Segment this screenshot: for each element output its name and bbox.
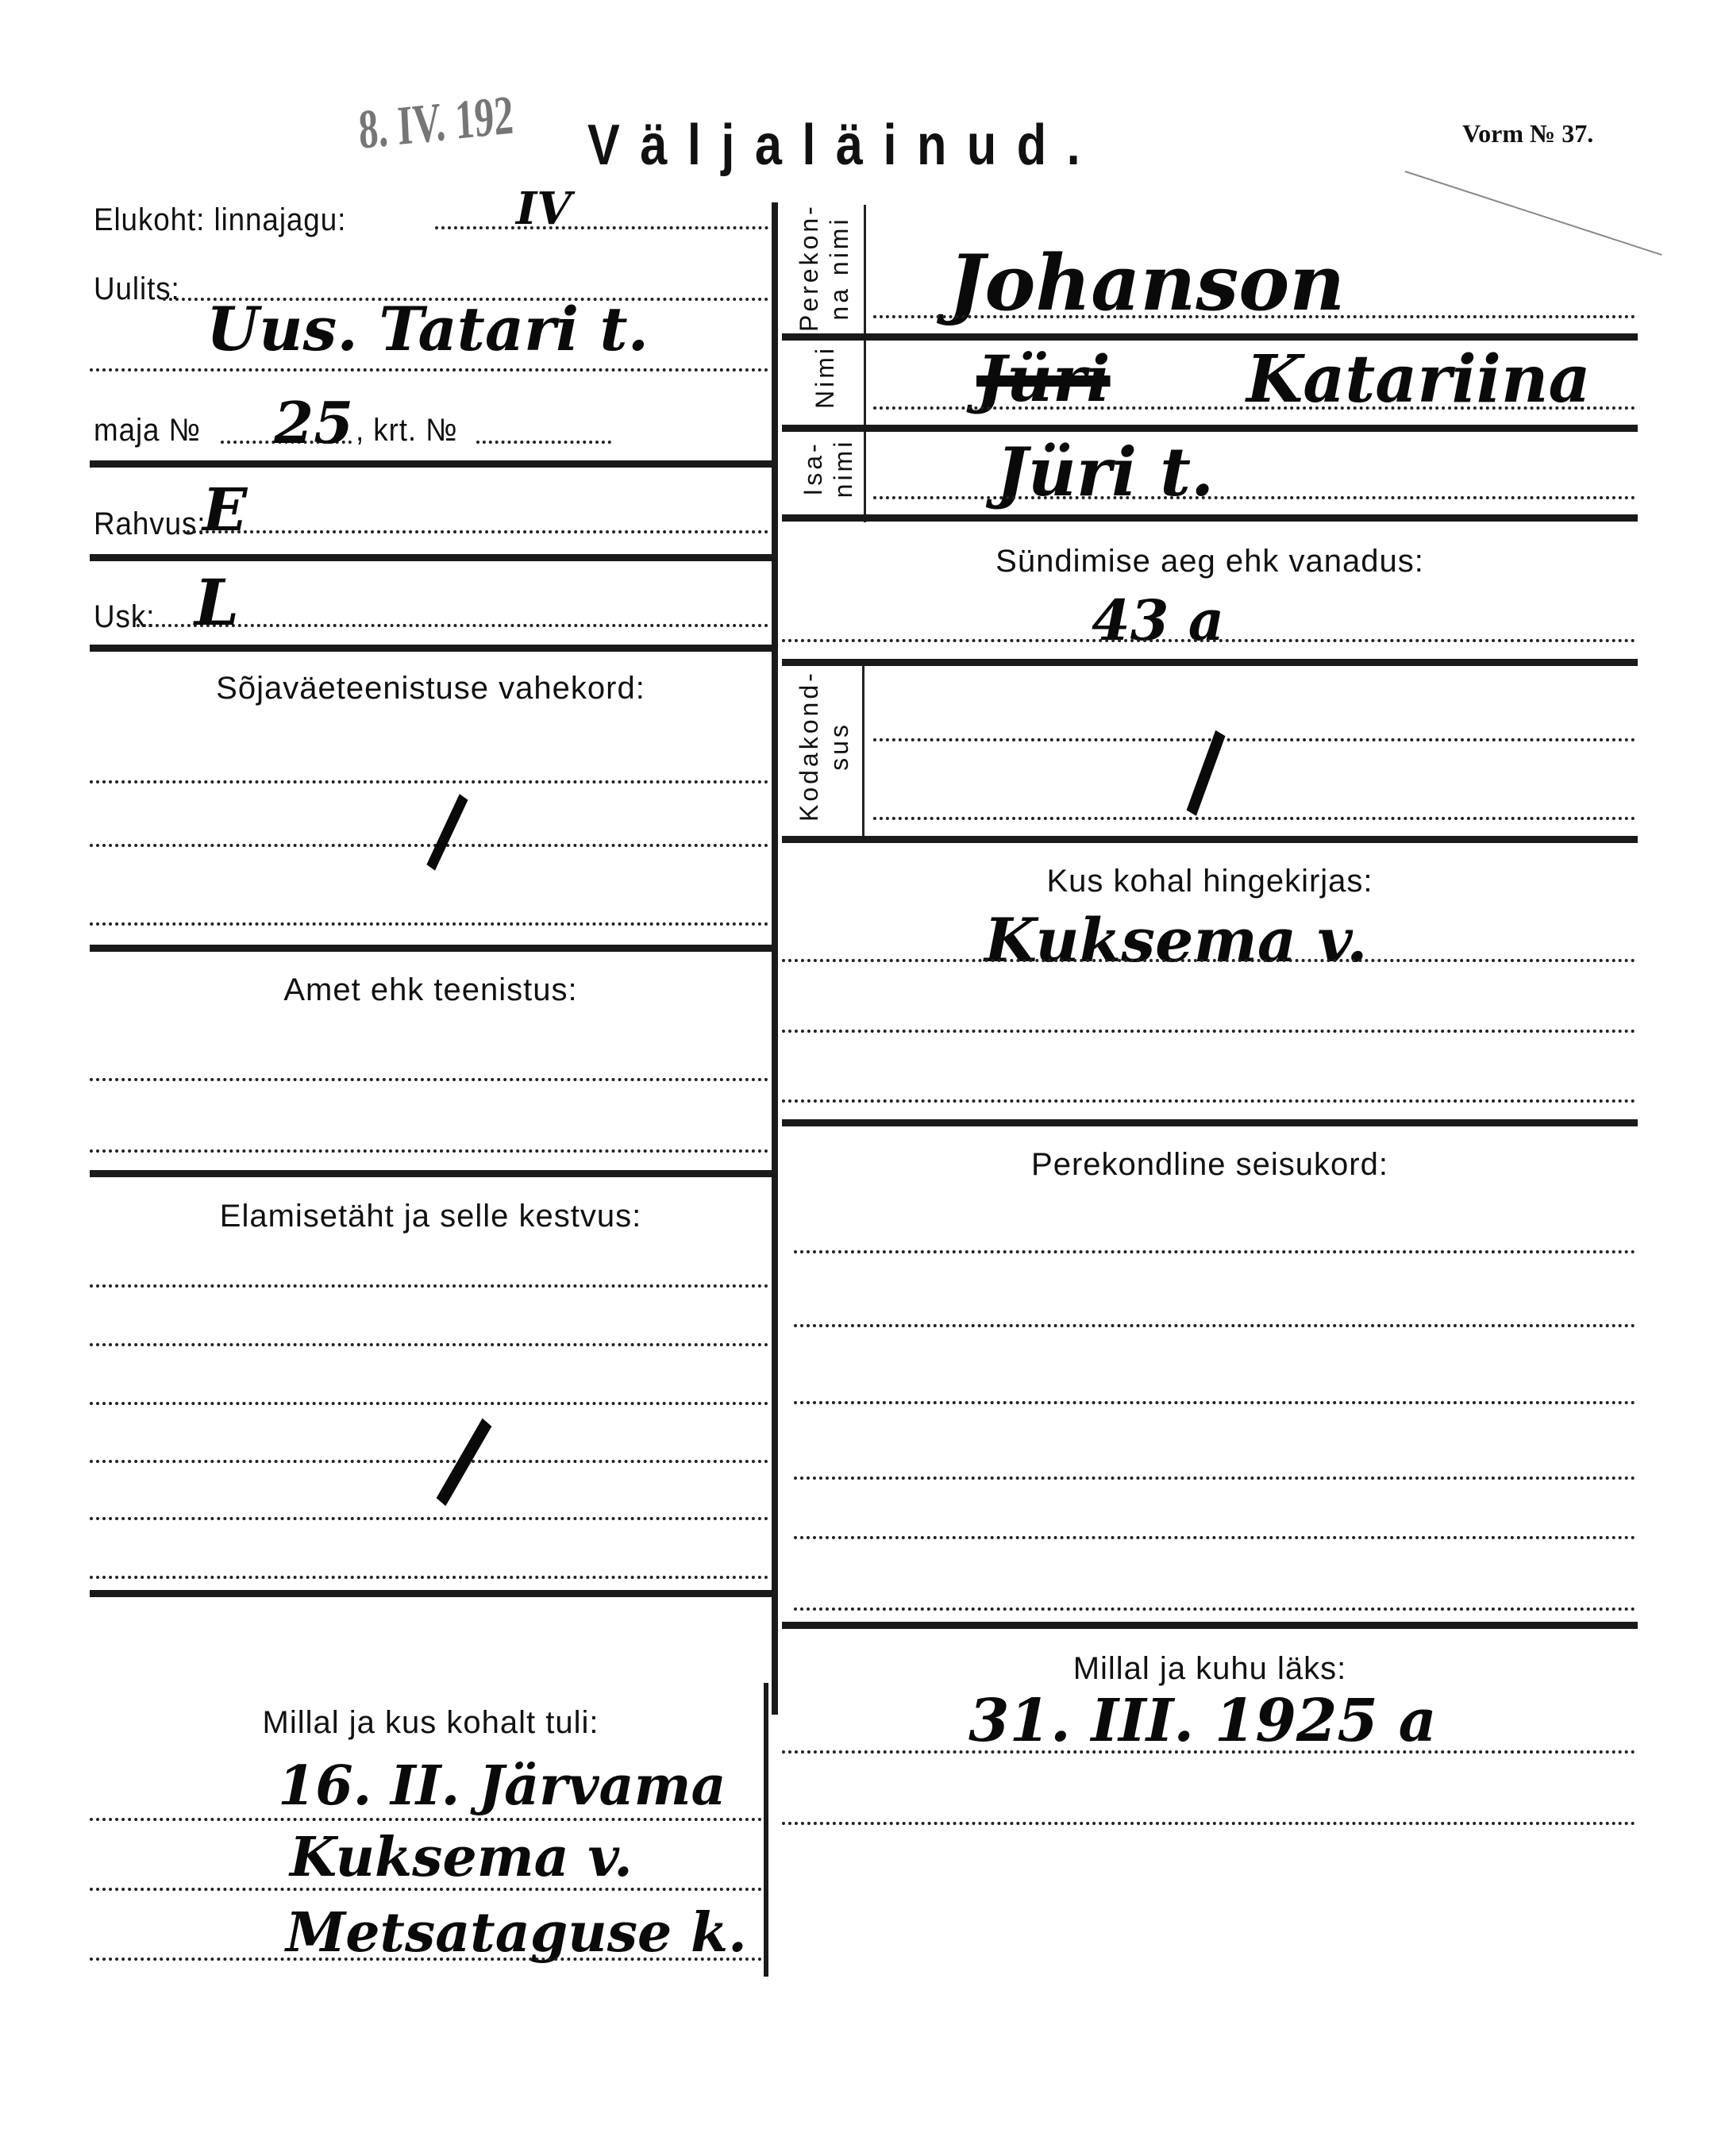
form-number: Vorm № 37. (1462, 119, 1593, 148)
maja-value[interactable]: 25 (274, 389, 353, 456)
amet-line-1 (90, 1078, 768, 1081)
uulits-label: Uulits: (94, 271, 180, 307)
section-rule (90, 645, 772, 652)
sojavae-value[interactable]: — (375, 768, 505, 890)
usk-value[interactable]: L (194, 565, 239, 640)
section-rule (90, 1590, 772, 1597)
kodakondsus-line-2 (873, 817, 1635, 820)
section-rule (782, 333, 1638, 341)
elamisetaht-line-5 (90, 1517, 768, 1520)
section-rule (90, 945, 772, 952)
elamisetaht-value[interactable]: — (378, 1383, 535, 1533)
sojavae-label: Sõjaväeteenistuse vahekord: (90, 671, 772, 706)
sojavae-line-3 (90, 922, 768, 926)
isanimi-value[interactable]: Jüri t. (996, 433, 1214, 511)
section-rule (782, 1622, 1638, 1629)
perekondline-label: Perekondline seisukord: (782, 1147, 1638, 1183)
sundimine-line (782, 639, 1635, 642)
tuli-value-line-1[interactable]: 16. II. Järvama (278, 1754, 726, 1818)
krt-label: , krt. № (356, 413, 458, 449)
rahvus-label: Rahvus: (94, 506, 206, 542)
perekondline-line-6 (794, 1607, 1635, 1611)
krt-line (476, 441, 611, 444)
hingekiri-label: Kus kohal hingekirjas: (782, 864, 1638, 899)
kodakondsus-value[interactable]: — (1130, 706, 1268, 834)
rahvus-line (187, 530, 768, 533)
laks-line-1 (782, 1750, 1635, 1754)
form-title: Väljaläinud. (587, 113, 1100, 178)
tuli-line-3 (90, 1958, 768, 1961)
hingekiri-value[interactable]: Kuksema v. (984, 905, 1368, 976)
tuli-value-line-2[interactable]: Kuksema v. (290, 1826, 633, 1889)
perekondline-line-4 (794, 1476, 1635, 1480)
nimi-struck-value: Jüri (976, 341, 1111, 416)
section-rule (90, 1170, 772, 1177)
perekonnanimi-line (873, 315, 1635, 318)
perekondline-line-3 (794, 1401, 1635, 1404)
paper-crease (1405, 171, 1662, 256)
laks-line-2 (782, 1822, 1635, 1825)
section-rule (782, 1119, 1638, 1126)
hingekiri-line-1 (782, 959, 1635, 962)
usk-label: Usk: (94, 599, 155, 635)
tuli-line-2 (90, 1888, 768, 1891)
isanimi-line (873, 496, 1635, 499)
perekonnanimi-label: Perekon- na nimi (794, 205, 854, 332)
laks-value[interactable]: 31. III. 1925 a (968, 1687, 1437, 1755)
elukoht-label: Elukoht: linnajagu: (94, 202, 346, 238)
uulits-line-2 (90, 368, 768, 372)
amet-line-2 (90, 1149, 768, 1153)
laks-label: Millal ja kuhu läks: (782, 1651, 1638, 1687)
column-divider (772, 202, 778, 1715)
maja-label: maja № (94, 413, 201, 449)
kodakondsus-label-divider (862, 665, 864, 836)
nimi-label: Nimi (810, 341, 840, 413)
date-stamp: 8. IV. 192 (357, 84, 515, 163)
tuli-line-1 (90, 1818, 768, 1821)
elamisetaht-label: Elamisetäht ja selle kestvus: (90, 1199, 772, 1234)
elamisetaht-line-1 (90, 1284, 768, 1288)
elamisetaht-line-2 (90, 1343, 768, 1346)
tuli-right-rule (764, 1683, 768, 1977)
nimi-line (873, 406, 1635, 410)
amet-label: Amet ehk teenistus: (90, 972, 772, 1008)
isanimi-label: Isa- nimi (798, 425, 858, 512)
perekondline-line-2 (794, 1324, 1635, 1327)
elamisetaht-line-6 (90, 1576, 768, 1579)
sundimine-label: Sündimise aeg ehk vanadus: (782, 544, 1638, 579)
elukoht-value[interactable]: IV (516, 183, 572, 235)
hingekiri-line-3 (782, 1099, 1635, 1103)
section-rule (782, 836, 1638, 843)
rahvus-value[interactable]: E (202, 476, 247, 545)
perekondline-line-5 (794, 1536, 1635, 1539)
kodakondsus-label: Kodakond- sus (794, 671, 854, 822)
elukoht-line (435, 226, 768, 229)
tuli-value-line-3[interactable]: Metsataguse k. (286, 1901, 747, 1965)
perekondline-line-1 (794, 1250, 1635, 1253)
section-rule (782, 514, 1638, 522)
section-rule (782, 659, 1638, 666)
name-label-divider (864, 205, 866, 522)
sundimine-value[interactable]: 43 a (1092, 587, 1224, 653)
section-rule (782, 425, 1638, 432)
tuli-label: Millal ja kus kohalt tuli: (90, 1705, 772, 1741)
hingekiri-line-2 (782, 1030, 1635, 1033)
uulits-value[interactable]: Uus. Tatari t. (206, 294, 649, 364)
section-rule (90, 460, 772, 468)
section-rule (90, 554, 772, 561)
